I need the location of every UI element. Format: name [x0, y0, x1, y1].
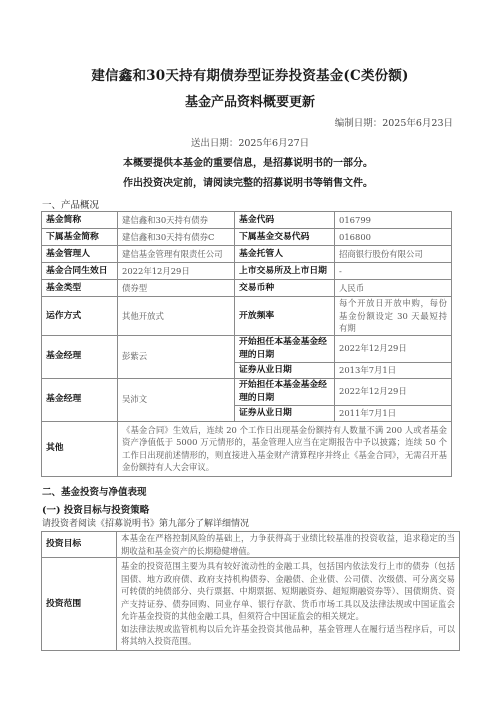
- label-currency: 交易币种: [235, 280, 335, 297]
- notice-important-info: 本概要提供本基金的重要信息，是招募说明书的一部分。: [123, 154, 373, 169]
- value-scope-paragraph-2: 如法律法规或监管机构以后允许基金投资其他品种，基金管理人在履行适当程序后，可以将…: [121, 623, 455, 648]
- value-sub-fund-trade-code: 016800: [335, 229, 452, 246]
- label-manager: 基金管理人: [42, 246, 118, 263]
- value-fund-manager-2-name: 吴沛文: [118, 378, 235, 421]
- label-sub-fund-short-name: 下属基金简称: [42, 229, 118, 246]
- value-currency: 人民币: [335, 280, 452, 297]
- label-fund-manager-1-start: 开始担任本基金基金经理的日期: [235, 335, 335, 362]
- value-fund-type: 债券型: [118, 280, 235, 297]
- label-fund-manager-2-start: 开始担任本基金基金经理的日期: [235, 378, 335, 405]
- table-row: 基金管理人 建信基金管理有限责任公司 基金托管人 招商银行股份有限公司: [42, 246, 452, 263]
- label-fund-short-name: 基金简称: [42, 212, 118, 229]
- label-operation: 运作方式: [42, 297, 118, 336]
- value-fund-manager-1-career: 2013年7月1日: [335, 362, 452, 378]
- compile-date: 编制日期：2025年6月23日: [335, 115, 453, 129]
- read-prospectus-note: 请投资者阅读《招募说明书》第九部分了解详细情况: [42, 516, 249, 529]
- investment-table: 投资目标 本基金在严格控制风险的基础上，力争获得高于业绩比较基准的投资收益，追求…: [41, 531, 460, 651]
- value-fund-manager-2-start: 2022年12月29日: [335, 378, 452, 405]
- label-fund-code: 基金代码: [235, 212, 335, 229]
- value-open-frequency: 每个开放日开放申购，每份基金份额设定 30 天最短持有期: [335, 297, 452, 336]
- document-title: 建信鑫和30天持有期债券型证券投资基金(C类份额): [0, 64, 500, 84]
- value-fund-short-name: 建信鑫和30天持有债券: [118, 212, 235, 229]
- value-fund-manager-1-name: 彭紫云: [118, 335, 235, 378]
- table-row: 基金合同生效日 2022年12月29日 上市交易所及上市日期 -: [42, 263, 452, 280]
- send-date: 送出日期：2025年6月27日: [0, 135, 500, 149]
- section-investment-title: 二、基金投资与净值表现: [42, 484, 147, 498]
- table-row: 运作方式 其他开放式 开放频率 每个开放日开放申购，每份基金份额设定 30 天最…: [42, 297, 452, 336]
- label-fund-type: 基金类型: [42, 280, 118, 297]
- value-scope-paragraph-1: 基金的投资范围主要为具有较好流动性的金融工具，包括国内依法发行上市的债券（包括国…: [121, 560, 455, 623]
- label-scope: 投资范围: [42, 558, 117, 651]
- section-product-overview-title: 一、产品概况: [42, 197, 99, 211]
- value-objective: 本基金在严格控制风险的基础上，力争获得高于业绩比较基准的投资收益，追求稳定的当期…: [117, 532, 460, 558]
- label-custodian: 基金托管人: [235, 246, 335, 263]
- value-manager: 建信基金管理有限责任公司: [118, 246, 235, 263]
- subsection-objective-strategy-title: (一) 投资目标与投资策略: [42, 502, 149, 516]
- label-listing: 上市交易所及上市日期: [235, 263, 335, 280]
- table-row: 基金经理 彭紫云 开始担任本基金基金经理的日期 2022年12月29日: [42, 335, 452, 362]
- label-open-frequency: 开放频率: [235, 297, 335, 336]
- value-custodian: 招商银行股份有限公司: [335, 246, 452, 263]
- table-row: 投资范围 基金的投资范围主要为具有较好流动性的金融工具，包括国内依法发行上市的债…: [42, 558, 460, 651]
- value-fund-manager-2-career: 2011年7月1日: [335, 405, 452, 421]
- label-sub-fund-trade-code: 下属基金交易代码: [235, 229, 335, 246]
- label-other: 其他: [42, 421, 118, 476]
- table-row: 基金类型 债券型 交易币种 人民币: [42, 280, 452, 297]
- label-objective: 投资目标: [42, 532, 117, 558]
- label-fund-manager-1-career: 证券从业日期: [235, 362, 335, 378]
- table-row: 其他 《基金合同》生效后，连续 20 个工作日出现基金份额持有人数量不满 200…: [42, 421, 452, 476]
- value-sub-fund-short-name: 建信鑫和30天持有债券C: [118, 229, 235, 246]
- label-contract-effective: 基金合同生效日: [42, 263, 118, 280]
- label-fund-manager-1: 基金经理: [42, 335, 118, 378]
- table-row: 投资目标 本基金在严格控制风险的基础上，力争获得高于业绩比较基准的投资收益，追求…: [42, 532, 460, 558]
- value-other: 《基金合同》生效后，连续 20 个工作日出现基金份额持有人数量不满 200 人或…: [118, 421, 452, 476]
- value-fund-manager-1-start: 2022年12月29日: [335, 335, 452, 362]
- table-row: 基金经理 吴沛文 开始担任本基金基金经理的日期 2022年12月29日: [42, 378, 452, 405]
- value-scope: 基金的投资范围主要为具有较好流动性的金融工具，包括国内依法发行上市的债券（包括国…: [117, 558, 460, 651]
- label-fund-manager-2-career: 证券从业日期: [235, 405, 335, 421]
- label-fund-manager-2: 基金经理: [42, 378, 118, 421]
- product-overview-table: 基金简称 建信鑫和30天持有债券 基金代码 016799 下属基金简称 建信鑫和…: [41, 211, 452, 477]
- value-contract-effective: 2022年12月29日: [118, 263, 235, 280]
- table-row: 基金简称 建信鑫和30天持有债券 基金代码 016799: [42, 212, 452, 229]
- notice-read-prospectus: 作出投资决定前，请阅读完整的招募说明书等销售文件。: [123, 174, 373, 189]
- document-subtitle: 基金产品资料概要更新: [0, 91, 500, 110]
- value-operation: 其他开放式: [118, 297, 235, 336]
- table-row: 下属基金简称 建信鑫和30天持有债券C 下属基金交易代码 016800: [42, 229, 452, 246]
- value-listing: -: [335, 263, 452, 280]
- value-fund-code: 016799: [335, 212, 452, 229]
